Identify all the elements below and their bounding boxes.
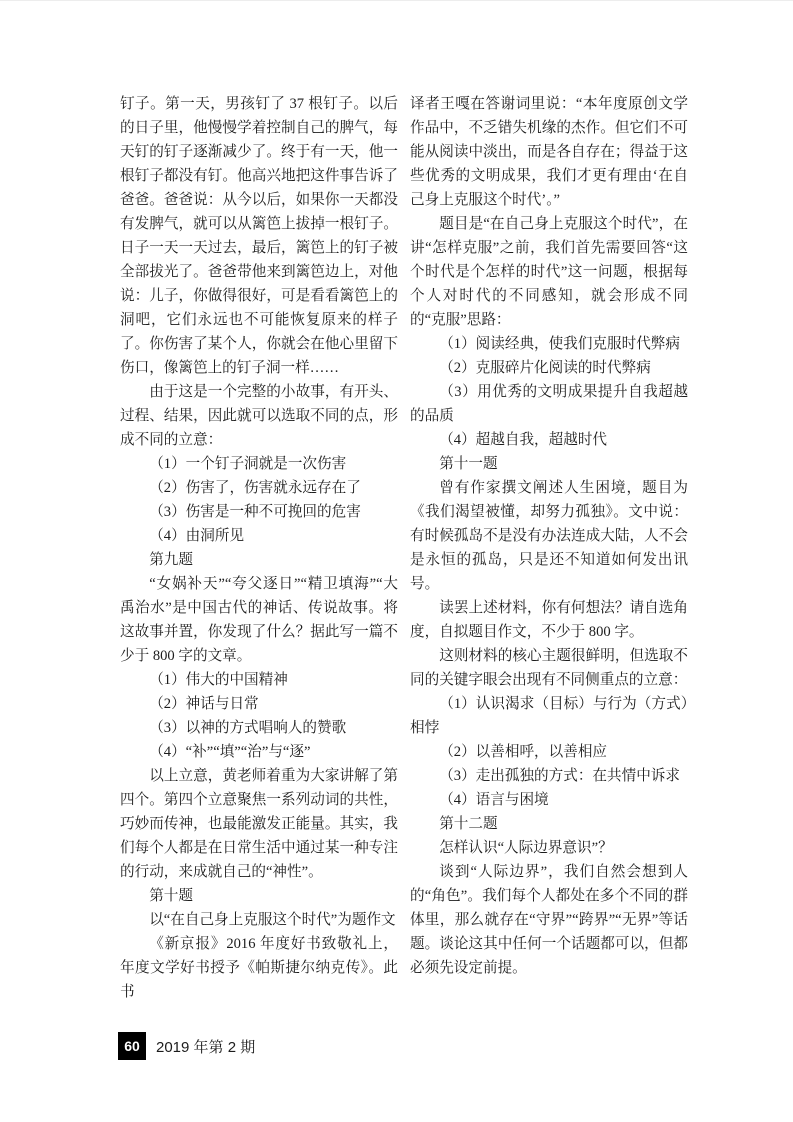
paragraph: 由于这是一个完整的小故事，有开头、过程、结果，因此就可以选取不同的点，形成不同的… [120, 380, 398, 452]
list-item: （4）由洞所见 [120, 524, 398, 548]
list-item: （4）超越自我，超越时代 [410, 428, 688, 452]
section-heading-question-10: 第十题 [120, 884, 398, 908]
list-item: （1）阅读经典，使我们克服时代弊病 [410, 332, 688, 356]
list-item: （2）以善相呼，以善相应 [410, 740, 688, 764]
page-number-badge: 60 [118, 1032, 146, 1060]
list-item: （3）用优秀的文明成果提升自我超越的品质 [410, 380, 688, 428]
section-heading-question-11: 第十一题 [410, 452, 688, 476]
quote-continuation-paragraph: 译者王嘎在答谢词里说：“本年度原创文学作品中，不乏错失机缘的杰作。但它们不可能从… [410, 92, 688, 212]
paragraph: 曾有作家撰文阐述人生困境，题目为《我们渴望被懂，却努力孤独》。文中说：有时候孤岛… [410, 476, 688, 596]
list-item: （3）以神的方式唱响人的赞歌 [120, 716, 398, 740]
right-text-column: 译者王嘎在答谢词里说：“本年度原创文学作品中，不乏错失机缘的杰作。但它们不可能从… [410, 92, 688, 980]
list-item: （2）伤害了，伤害就永远存在了 [120, 476, 398, 500]
list-item: （1）伟大的中国精神 [120, 668, 398, 692]
left-text-column: 钉子。第一天，男孩钉了 37 根钉子。以后的日子里，他慢慢学着控制自己的脾气，每… [120, 92, 398, 1004]
paragraph: 以上立意，黄老师着重为大家讲解了第四个。第四个立意聚焦一系列动词的共性，巧妙而传… [120, 764, 398, 884]
list-item: （1）一个钉子洞就是一次伤害 [120, 452, 398, 476]
paragraph: 题目是“在自己身上克服这个时代”，在讲“怎样克服”之前，我们首先需要回答“这个时… [410, 212, 688, 332]
paragraph: 谈到“人际边界”，我们自然会想到人的“角色”。我们每个人都处在多个不同的群体里，… [410, 860, 688, 980]
list-item: （3）走出孤独的方式：在共情中诉求 [410, 764, 688, 788]
list-item: （4）“补”“填”“治”与“逐” [120, 740, 398, 764]
paragraph: 读罢上述材料，你有何想法？请自选角度，自拟题目作文，不少于 800 字。 [410, 596, 688, 644]
paragraph: 这则材料的核心主题很鲜明，但选取不同的关键字眼会出现有不同侧重点的立意： [410, 644, 688, 692]
list-item: （3）伤害是一种不可挽回的危害 [120, 500, 398, 524]
paragraph: 以“在自己身上克服这个时代”为题作文 [120, 908, 398, 932]
page-top-edge [0, 0, 793, 1]
section-heading-question-9: 第九题 [120, 548, 398, 572]
issue-label: 2019 年第 2 期 [156, 1036, 255, 1057]
page-footer: 60 2019 年第 2 期 [118, 1032, 255, 1060]
paragraph: “女娲补天”“夸父逐日”“精卫填海”“大禹治水”是中国古代的神话、传说故事。将这… [120, 572, 398, 668]
story-continuation-paragraph: 钉子。第一天，男孩钉了 37 根钉子。以后的日子里，他慢慢学着控制自己的脾气，每… [120, 92, 398, 380]
paragraph: 怎样认识“人际边界意识”？ [410, 836, 688, 860]
list-item: （2）神话与日常 [120, 692, 398, 716]
paragraph: 《新京报》2016 年度好书致敬礼上，年度文学好书授予《帕斯捷尔纳克传》。此书 [120, 932, 398, 1004]
section-heading-question-12: 第十二题 [410, 812, 688, 836]
list-item: （1）认识渴求（目标）与行为（方式）相悖 [410, 692, 688, 740]
list-item: （2）克服碎片化阅读的时代弊病 [410, 356, 688, 380]
list-item: （4）语言与困境 [410, 788, 688, 812]
